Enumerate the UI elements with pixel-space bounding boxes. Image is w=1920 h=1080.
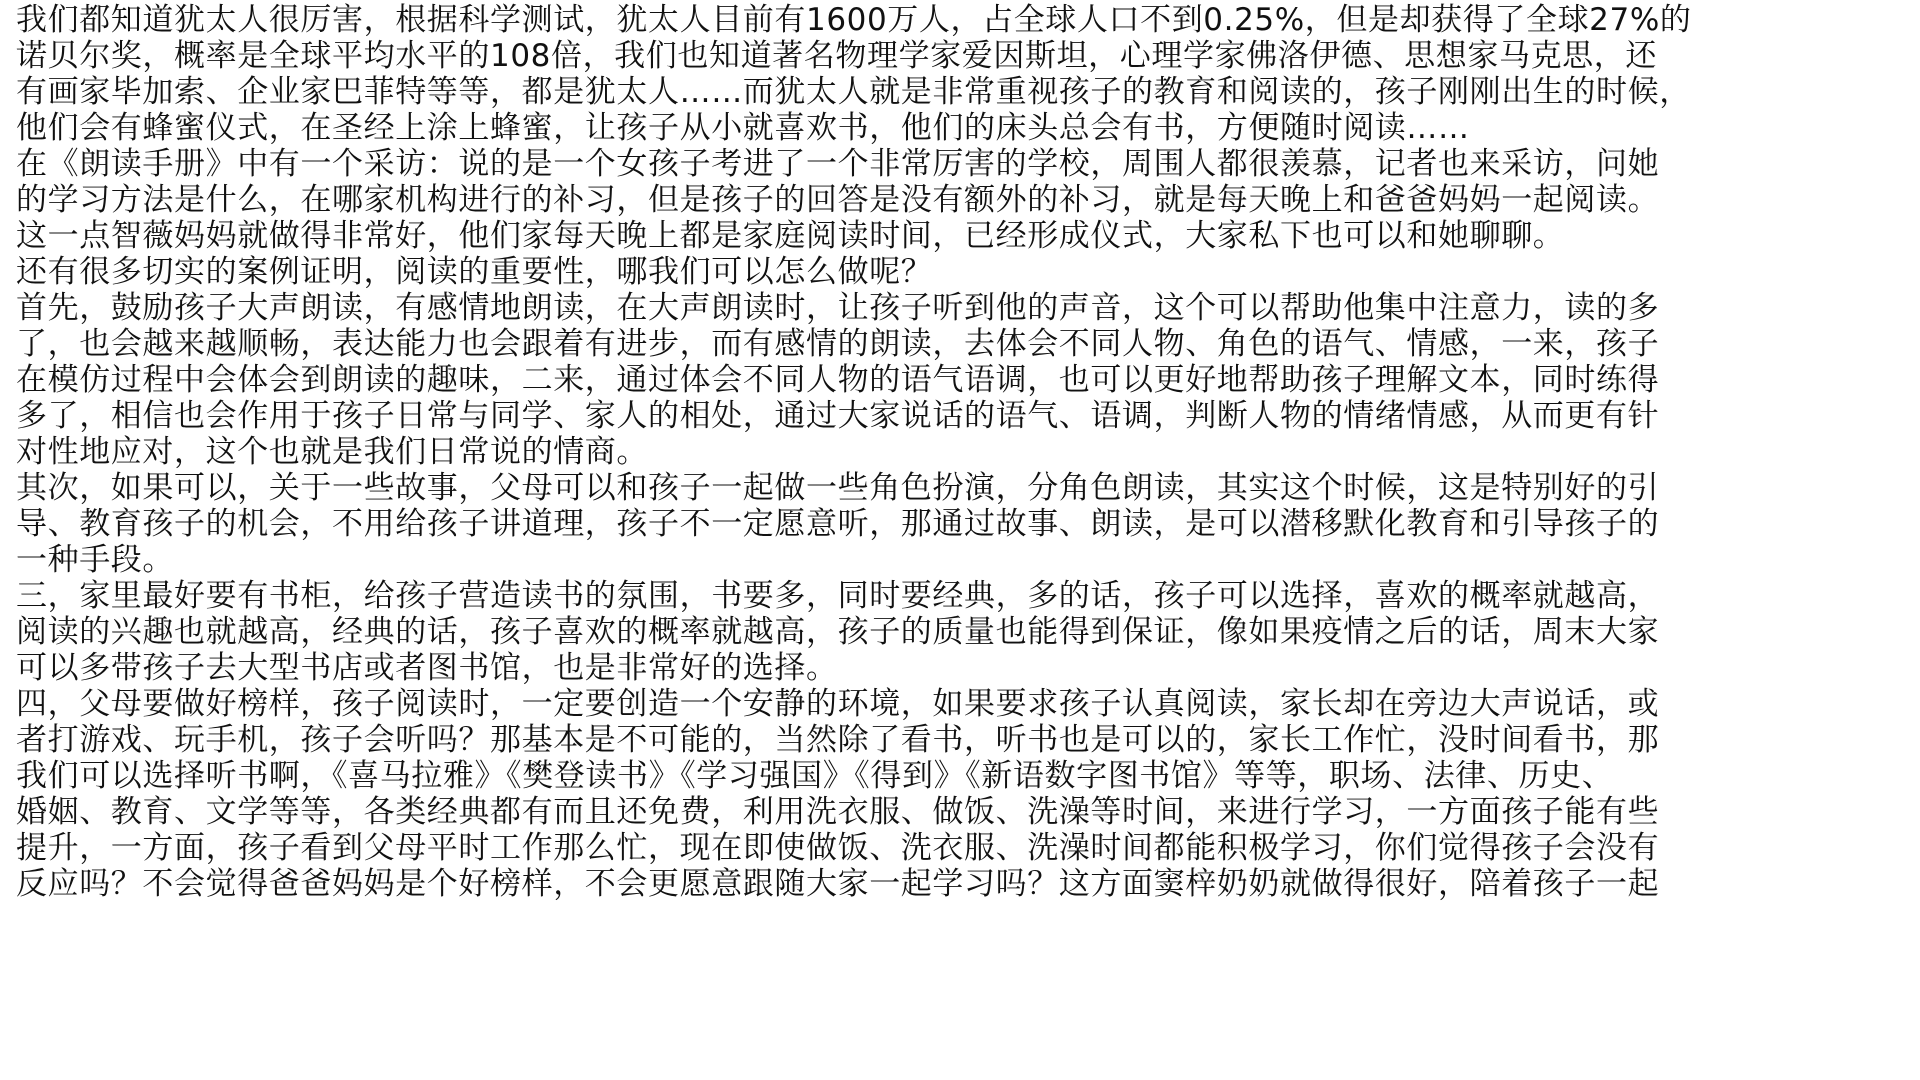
text-line: 我们都知道犹太人很厉害，根据科学测试，犹太人目前有1600万人，占全球人口不到0… [16, 2, 1920, 38]
text-line: 对性地应对，这个也就是我们日常说的情商。 [16, 434, 1920, 470]
text-line: 三，家里最好要有书柜，给孩子营造读书的氛围，书要多，同时要经典，多的话，孩子可以… [16, 578, 1920, 614]
text-line: 四，父母要做好榜样，孩子阅读时，一定要创造一个安静的环境，如果要求孩子认真阅读，… [16, 686, 1920, 722]
text-line: 了，也会越来越顺畅，表达能力也会跟着有进步，而有感情的朗读，去体会不同人物、角色… [16, 326, 1920, 362]
text-line: 多了，相信也会作用于孩子日常与同学、家人的相处，通过大家说话的语气、语调，判断人… [16, 398, 1920, 434]
text-line: 婚姻、教育、文学等等，各类经典都有而且还免费，利用洗衣服、做饭、洗澡等时间，来进… [16, 794, 1920, 830]
text-line: 在《朗读手册》中有一个采访：说的是一个女孩子考进了一个非常厉害的学校，周围人都很… [16, 146, 1920, 182]
text-line: 其次，如果可以，关于一些故事，父母可以和孩子一起做一些角色扮演，分角色朗读，其实… [16, 470, 1920, 506]
text-line: 在模仿过程中会体会到朗读的趣味，二来，通过体会不同人物的语气语调，也可以更好地帮… [16, 362, 1920, 398]
text-line: 诺贝尔奖，概率是全球平均水平的108倍，我们也知道著名物理学家爱因斯坦，心理学家… [16, 38, 1920, 74]
text-line: 可以多带孩子去大型书店或者图书馆，也是非常好的选择。 [16, 650, 1920, 686]
paragraph-point-1: 首先，鼓励孩子大声朗读，有感情地朗读，在大声朗读时，让孩子听到他的声音，这个可以… [16, 290, 1920, 470]
text-line: 导、教育孩子的机会，不用给孩子讲道理，孩子不一定愿意听，那通过故事、朗读，是可以… [16, 506, 1920, 542]
text-line: 提升，一方面，孩子看到父母平时工作那么忙，现在即使做饭、洗衣服、洗澡时间都能积极… [16, 830, 1920, 866]
text-line: 首先，鼓励孩子大声朗读，有感情地朗读，在大声朗读时，让孩子听到他的声音，这个可以… [16, 290, 1920, 326]
paragraph-point-4: 四，父母要做好榜样，孩子阅读时，一定要创造一个安静的环境，如果要求孩子认真阅读，… [16, 686, 1920, 902]
text-line: 的学习方法是什么，在哪家机构进行的补习，但是孩子的回答是没有额外的补习，就是每天… [16, 182, 1920, 218]
text-line: 这一点智薇妈妈就做得非常好，他们家每天晚上都是家庭阅读时间，已经形成仪式，大家私… [16, 218, 1920, 254]
text-line: 者打游戏、玩手机，孩子会听吗？那基本是不可能的，当然除了看书，听书也是可以的，家… [16, 722, 1920, 758]
document-body: 我们都知道犹太人很厉害，根据科学测试，犹太人目前有1600万人，占全球人口不到0… [16, 2, 1920, 902]
paragraph-point-3: 三，家里最好要有书柜，给孩子营造读书的氛围，书要多，同时要经典，多的话，孩子可以… [16, 578, 1920, 686]
paragraph-example: 这一点智薇妈妈就做得非常好，他们家每天晚上都是家庭阅读时间，已经形成仪式，大家私… [16, 218, 1920, 254]
paragraph-intro: 我们都知道犹太人很厉害，根据科学测试，犹太人目前有1600万人，占全球人口不到0… [16, 2, 1920, 146]
text-line: 一种手段。 [16, 542, 1920, 578]
text-line: 阅读的兴趣也就越高，经典的话，孩子喜欢的概率就越高，孩子的质量也能得到保证，像如… [16, 614, 1920, 650]
text-line: 还有很多切实的案例证明，阅读的重要性，哪我们可以怎么做呢？ [16, 254, 1920, 290]
text-line: 有画家毕加索、企业家巴菲特等等，都是犹太人……而犹太人就是非常重视孩子的教育和阅… [16, 74, 1920, 110]
text-line: 反应吗？不会觉得爸爸妈妈是个好榜样，不会更愿意跟随大家一起学习吗？这方面窦梓奶奶… [16, 866, 1920, 902]
text-line: 我们可以选择听书啊，《喜马拉雅》《樊登读书》《学习强国》《得到》《新语数字图书馆… [16, 758, 1920, 794]
text-line: 他们会有蜂蜜仪式，在圣经上涂上蜂蜜，让孩子从小就喜欢书，他们的床头总会有书，方便… [16, 110, 1920, 146]
paragraph-interview: 在《朗读手册》中有一个采访：说的是一个女孩子考进了一个非常厉害的学校，周围人都很… [16, 146, 1920, 218]
paragraph-question: 还有很多切实的案例证明，阅读的重要性，哪我们可以怎么做呢？ [16, 254, 1920, 290]
paragraph-point-2: 其次，如果可以，关于一些故事，父母可以和孩子一起做一些角色扮演，分角色朗读，其实… [16, 470, 1920, 578]
